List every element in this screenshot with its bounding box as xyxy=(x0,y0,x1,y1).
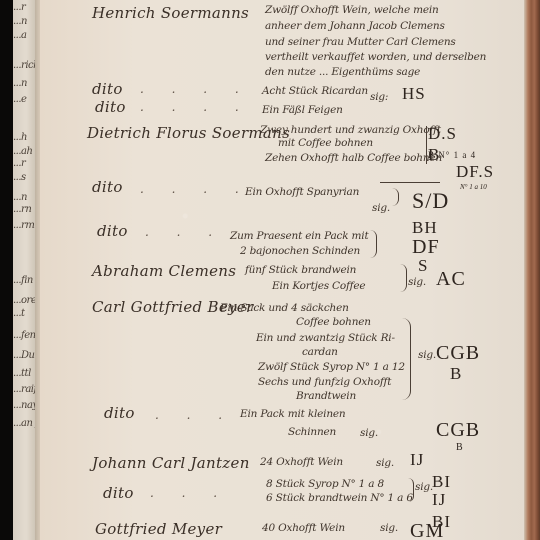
brace xyxy=(392,188,399,206)
entry-description: Ein Fäßl Feigen xyxy=(262,104,343,116)
entry-description: 8 Stück Syrop N° 1 a 8 xyxy=(266,478,384,490)
merchant-mark: D.S xyxy=(428,124,457,144)
merchant-mark: IJ xyxy=(410,450,424,470)
entry-description: und seiner frau Mutter Carl Clemens xyxy=(265,36,456,48)
brace xyxy=(408,478,414,502)
entry-description: Zwey hundert und zwanzig Oxhofft xyxy=(260,124,441,136)
leader-dots: . . . xyxy=(145,225,224,239)
merchant-mark: IJ xyxy=(432,490,446,510)
leader-dots: . . . . xyxy=(140,100,251,114)
entry-name: dito xyxy=(95,98,126,116)
entry-description: anheer dem Johann Jacob Clemens xyxy=(265,20,445,32)
entry-name: dito xyxy=(104,404,135,422)
left-fragment: ...h xyxy=(13,132,27,143)
sig-label: sig. xyxy=(372,202,390,214)
facing-page-edge: ...r ...n ...a ...rich ...n ...e ...h ..… xyxy=(13,0,35,540)
sig-label: sig. xyxy=(415,481,433,493)
leader-dots: . . . xyxy=(155,408,234,422)
ledger-page: Henrich Soermanns Zwölff Oxhofft Wein, w… xyxy=(40,0,524,540)
entry-description: Coffee bohnen xyxy=(296,316,371,328)
leader-dots: . . . . xyxy=(140,182,251,196)
entry-description: Ein Pack mit kleinen xyxy=(240,408,345,420)
left-fragment: ...r xyxy=(13,2,25,13)
book-binding-edge xyxy=(524,0,540,540)
left-fragment: ...t xyxy=(13,308,25,319)
sig-label: sig. xyxy=(418,349,436,361)
merchant-mark: S/D xyxy=(412,188,449,214)
sig-label: sig. xyxy=(376,457,394,469)
left-fragment: ...s xyxy=(13,172,26,183)
left-fragment: ...ttl xyxy=(13,368,31,379)
sig-label: sig. xyxy=(380,522,398,534)
entry-description: den nutze ... Eigenthüms sage xyxy=(265,66,420,78)
sig-label: sig. xyxy=(360,427,378,439)
merchant-mark: CGB xyxy=(436,419,480,442)
left-fragment: ...rich xyxy=(13,60,35,71)
entry-name: Johann Carl Jantzen xyxy=(92,454,250,472)
left-fragment: ...fen xyxy=(13,330,35,341)
entry-description: Ein Kortjes Coffee xyxy=(272,280,365,292)
entry-description: 24 Oxhofft Wein xyxy=(260,456,343,468)
entry-name: Gottfried Meyer xyxy=(95,520,222,538)
left-fragment: ...r xyxy=(13,158,25,169)
entry-description: vertheilt verkauffet worden, und derselb… xyxy=(265,51,486,63)
document-scan: ...r ...n ...a ...rich ...n ...e ...h ..… xyxy=(0,0,540,540)
entry-name: dito xyxy=(103,484,134,502)
brace xyxy=(370,230,377,258)
merchant-mark: GM xyxy=(410,520,444,540)
entry-description: Zwölf Stück Syrop N° 1 a 12 xyxy=(258,361,405,373)
entry-description: 40 Oxhofft Wein xyxy=(262,522,345,534)
brace xyxy=(400,264,407,292)
entry-description: Acht Stück Ricardan xyxy=(262,85,368,97)
merchant-submark: B xyxy=(450,364,462,384)
entry-name: Henrich Soermanns xyxy=(92,4,249,22)
left-fragment: ...fin xyxy=(13,275,33,286)
merchant-mark: S xyxy=(418,256,428,276)
sig-label: sig. xyxy=(408,276,426,288)
entry-description: Brandtwein xyxy=(296,390,356,402)
left-fragment: ...n xyxy=(13,192,27,203)
entry-description: Ein Sack und 4 säckchen xyxy=(220,302,349,314)
left-fragment: ...e xyxy=(13,94,26,105)
left-fragment: ...raif xyxy=(13,384,35,395)
left-fragment: ...rn xyxy=(13,204,31,215)
entry-description: fünf Stück brandwein xyxy=(245,264,356,276)
left-fragment: ...Du xyxy=(13,350,35,361)
entry-name: dito xyxy=(92,80,123,98)
entry-description: Zehen Oxhofft halb Coffee bohnen xyxy=(265,152,442,164)
entry-name: dito xyxy=(97,222,128,240)
mark-divider xyxy=(426,126,427,164)
sig-label: sig: xyxy=(370,91,388,103)
merchant-mark: DF.S xyxy=(456,162,494,182)
left-fragment: ...nay xyxy=(13,400,35,411)
merchant-mark: CGB xyxy=(436,342,480,365)
merchant-mark-letter: B xyxy=(428,145,440,165)
entry-description: mit Coffee bohnen xyxy=(278,137,373,149)
left-fragment: ...a xyxy=(13,30,27,41)
merchant-mark: BI xyxy=(432,472,451,492)
merchant-submark: B xyxy=(456,442,464,453)
entry-description: Ein und zwantzig Stück Ri- xyxy=(256,332,395,344)
left-fragment: ...ah xyxy=(13,146,32,157)
left-fragment: ...rm xyxy=(13,220,34,231)
merchant-mark: AC xyxy=(436,268,466,291)
entry-description: Zwölff Oxhofft Wein, welche mein xyxy=(265,4,439,16)
entry-description: Ein Oxhofft Spanyrian xyxy=(245,186,359,198)
entry-description: 2 bajonochen Schinden xyxy=(240,245,360,257)
left-fragment: ...n xyxy=(13,78,27,89)
entry-description: Sechs und funfzig Oxhofft xyxy=(258,376,391,388)
entry-description: cardan xyxy=(302,346,338,358)
left-fragment: ...an fir xyxy=(13,418,35,429)
merchant-mark: HS xyxy=(402,84,426,104)
underline-stroke xyxy=(380,182,440,183)
entry-name: dito xyxy=(92,178,123,196)
left-fragment: ...ore xyxy=(13,295,35,306)
leader-dots: . . . . xyxy=(140,82,251,96)
mark-number: N° 1 a 10 xyxy=(460,183,487,191)
merchant-mark: BH xyxy=(412,218,438,238)
entry-description: Schinnen xyxy=(288,426,336,438)
scan-border xyxy=(0,0,13,540)
entry-description: Zum Praesent ein Pack mit xyxy=(230,230,368,242)
brace xyxy=(402,318,411,400)
left-fragment: ...n xyxy=(13,16,27,27)
entry-description: 6 Stück brandtwein N° 1 a 6 xyxy=(266,492,413,504)
entry-name: Abraham Clemens xyxy=(92,262,236,280)
leader-dots: . . . xyxy=(150,486,229,500)
